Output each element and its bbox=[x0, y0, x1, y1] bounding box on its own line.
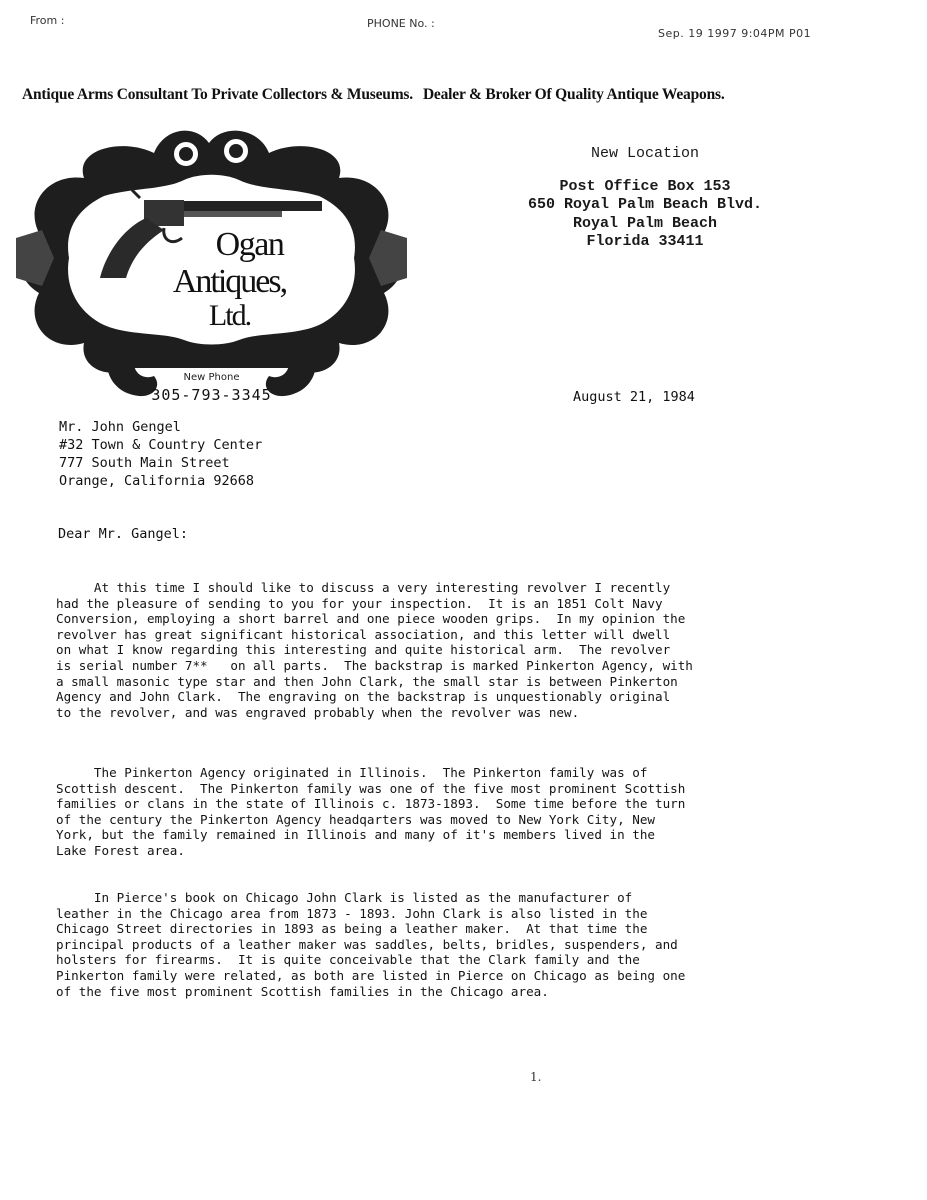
letter-date: August 21, 1984 bbox=[573, 389, 695, 405]
company-name-line3: Ltd. bbox=[32, 299, 427, 333]
fax-header: From : PHONE No. : Sep. 19 1997 9:04PM P… bbox=[0, 14, 927, 34]
body-paragraph: At this time I should like to discuss a … bbox=[56, 580, 856, 720]
location-line: 650 Royal Palm Beach Blvd. bbox=[480, 196, 810, 215]
fax-phone-label: PHONE No. : bbox=[367, 17, 435, 30]
company-name-line2: Antiques, bbox=[32, 263, 427, 301]
company-logo: Ogan Antiques, Ltd. New Phone 305-793-33… bbox=[14, 118, 409, 408]
recipient-line: #32 Town & Country Center bbox=[59, 436, 262, 454]
recipient-address: Mr. John Gengel #32 Town & Country Cente… bbox=[59, 418, 262, 490]
location-line: Florida 33411 bbox=[480, 233, 810, 252]
tagline-dealer: Dealer & Broker Of Quality Antique Weapo… bbox=[423, 86, 725, 103]
body-paragraph: In Pierce's book on Chicago John Clark i… bbox=[56, 890, 856, 999]
new-location-heading: New Location bbox=[480, 145, 810, 164]
tagline-consultant: Antique Arms Consultant To Private Colle… bbox=[22, 86, 413, 103]
letterhead-tagline: Antique Arms Consultant To Private Colle… bbox=[22, 86, 912, 104]
company-name-line1: Ogan bbox=[52, 226, 447, 264]
page-number: 1. bbox=[530, 1070, 541, 1084]
company-phone: 305-793-3345 bbox=[14, 386, 409, 404]
recipient-line: Mr. John Gengel bbox=[59, 418, 262, 436]
body-paragraph: The Pinkerton Agency originated in Illin… bbox=[56, 765, 856, 859]
new-phone-label: New Phone bbox=[14, 372, 409, 383]
fax-transmission-stamp: Sep. 19 1997 9:04PM P01 bbox=[658, 27, 811, 40]
location-line: Post Office Box 153 bbox=[480, 178, 810, 197]
location-line: Royal Palm Beach bbox=[480, 215, 810, 234]
new-location-block: New Location Post Office Box 153 650 Roy… bbox=[480, 145, 810, 252]
fax-from-label: From : bbox=[30, 14, 64, 27]
recipient-line: Orange, California 92668 bbox=[59, 472, 262, 490]
recipient-line: 777 South Main Street bbox=[59, 454, 262, 472]
salutation: Dear Mr. Gangel: bbox=[58, 526, 188, 542]
